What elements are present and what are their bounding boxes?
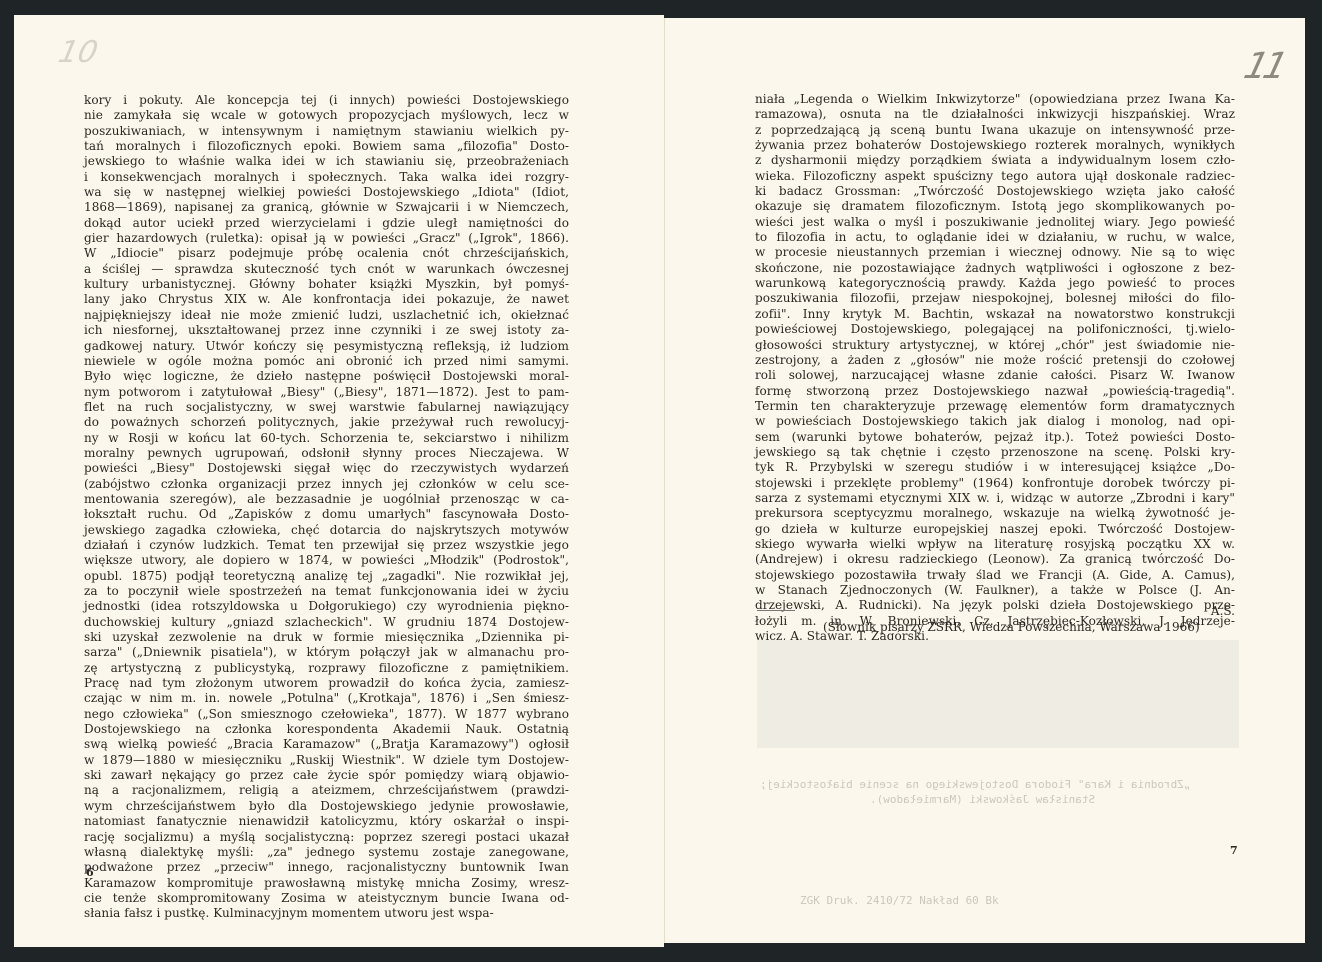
text-line: opubl. 1875) podjął teoretyczną analizę … — [84, 569, 569, 584]
text-line: kultury urbanistycznej. Główny bohater k… — [84, 277, 569, 292]
text-line: rację socjalizmu) a myślą socjalistyczną… — [84, 830, 569, 845]
text-line: prekursora sceptycyzmu moralnego, wskazu… — [755, 506, 1235, 521]
text-line: z dysharmonii między porządkiem świata a… — [755, 153, 1235, 168]
text-line: zofii". Inny krytyk M. Bachtin, wskazał … — [755, 307, 1235, 322]
text-line: a ściślej — sprawdza skuteczność tych cn… — [84, 262, 569, 277]
text-line: dokąd autor uciekł przed wierzycielami i… — [84, 216, 569, 231]
text-line: zestrojony, a żaden z „głosów" nie może … — [755, 353, 1235, 368]
text-line: tyk R. Przybylski w szeregu studiów i w … — [755, 460, 1235, 475]
page-number: 7 — [1230, 844, 1238, 857]
pencil-page-mark: 10 — [55, 35, 101, 70]
text-line: w procesie nieustannych przemian i wiecz… — [755, 245, 1235, 260]
text-line: sem (warunki bytowe bohaterów, pejzaż it… — [755, 430, 1235, 445]
text-line: flet na ruch socjalistyczny, w swej wars… — [84, 400, 569, 415]
text-line: 1868—1869), napisanej za granicą, główni… — [84, 200, 569, 215]
show-through-caption: Stanisław Jaśkowski (Marmieładow). — [870, 793, 1095, 806]
text-line: jednostki (idea rotszyldowska u Dołgoruk… — [84, 599, 569, 614]
text-line: nym potworom i zatytułował „Biesy" („Bie… — [84, 385, 569, 400]
text-line: Pracę nad tym złożonym utworem prowadził… — [84, 676, 569, 691]
source-citation: (Słownik pisarzy ZSRR, Wiedza Powszechna… — [823, 620, 1200, 634]
text-line: do poważnych schorzeń politycznych, jaki… — [84, 415, 569, 430]
pencil-page-mark: 11 — [1240, 46, 1288, 87]
text-line: czając w nim m. in. nowele „Potulna" („K… — [84, 691, 569, 706]
text-line: lany jako Chrystus XIX w. Ale konfrontac… — [84, 292, 569, 307]
text-line: formę stworzoną przez Dostojewskiego naz… — [755, 384, 1235, 399]
text-line: sarza" („Dniewnik pisatiela"), w którym … — [84, 645, 569, 660]
text-line: (Andrejew) i okresu radzieckiego (Leonow… — [755, 552, 1235, 567]
text-line: powieściowej Dostojewskiego, polegającej… — [755, 322, 1235, 337]
text-line: sarza z systemami etycznymi XIX w. i, wi… — [755, 491, 1235, 506]
text-line: jewskiego są tak chętnie i często przeno… — [755, 445, 1235, 460]
text-line: najpiękniejszy ideał nie może zmienić lu… — [84, 308, 569, 323]
text-line: swą wielką powieść „Bracia Karamazow" („… — [84, 737, 569, 752]
text-line: Termin ten charakteryzuje przewagę eleme… — [755, 399, 1235, 414]
text-line: ich niesfornej, ukształtowanej przez inn… — [84, 323, 569, 338]
left-page: 10 kory i pokuty. Ale koncepcja tej (i i… — [14, 15, 664, 947]
text-line: w 1879—1880 w miesięczniku „Ruskij Wiest… — [84, 753, 569, 768]
text-line: wym chrześcijaństwem było dla Dostojewsk… — [84, 799, 569, 814]
text-line: mentowania szeregów), ale bezzasadnie je… — [84, 492, 569, 507]
text-line: warunkową kategorycznością prawdy. Każda… — [755, 276, 1235, 291]
text-line: moralny pewnych ugrupowań, odsłonił słyn… — [84, 446, 569, 461]
text-line: ski uzyskał zezwolenie na druk w formie … — [84, 630, 569, 645]
text-line: gadkowej natury. Utwór kończy się pesymi… — [84, 339, 569, 354]
text-line: cie tenże skompromitowany Zosima w ateis… — [84, 891, 569, 906]
left-body-text: kory i pokuty. Ale koncepcja tej (i inny… — [84, 93, 569, 922]
author-signature: A.S. — [1211, 604, 1235, 618]
text-line: z poprzedzającą ją sceną buntu Iwana uka… — [755, 123, 1235, 138]
text-line: w powieściach Dostojewskiego takich jak … — [755, 414, 1235, 429]
text-line: gier hazardowych (ruletka): opisał ją w … — [84, 231, 569, 246]
text-line: natomiast fanatycznie nienawidził katoli… — [84, 814, 569, 829]
text-line: żywania przez bohaterów Dostojewskiego r… — [755, 138, 1235, 153]
text-line: poszukiwania filozofii, przejaw niespoko… — [755, 291, 1235, 306]
text-line: głosowości struktury artystycznej, w któ… — [755, 338, 1235, 353]
text-line: niewiele w ogóle można pomóc ani obronić… — [84, 354, 569, 369]
text-line: Dostojewskiego na członka korespondenta … — [84, 722, 569, 737]
text-line: w Stanach Zjednoczonych (W. Faulkner), a… — [755, 583, 1235, 598]
text-line: nie zamykała się wcale w gotowych propoz… — [84, 108, 569, 123]
text-line: tań moralnych i filozoficznych epoki. Bo… — [84, 139, 569, 154]
text-line: większe utwory, ale dopiero w 1874, w po… — [84, 553, 569, 568]
text-line: wieści jest walka o myśl i poszukiwanie … — [755, 215, 1235, 230]
text-line: Było więc logiczne, że dzieło następne p… — [84, 369, 569, 384]
text-line: słania fałsz i pustkę. Kulminacyjnym mom… — [84, 906, 569, 921]
text-line: niała „Legenda o Wielkim Inkwizytorze" (… — [755, 92, 1235, 107]
text-line: Karamazow kompromituje prawosławną misty… — [84, 876, 569, 891]
text-line: poszukiwaniach, w intensywnym i namiętny… — [84, 124, 569, 139]
text-line: skończone, nie pozostawiające żadnych wą… — [755, 261, 1235, 276]
text-line: powieści „Biesy" Dostojewski sięgał więc… — [84, 461, 569, 476]
text-line: okazuje się dramatem filozoficznym. Isto… — [755, 199, 1235, 214]
text-line: i konsekwencjach moralnych i społecznych… — [84, 170, 569, 185]
text-line: podważone przez „przeciw" innego, racjon… — [84, 860, 569, 875]
text-line: ki badacz Grossman: „Twórczość Dostojews… — [755, 184, 1235, 199]
text-line: go dzieła w kulturze europejskiej naszej… — [755, 522, 1235, 537]
text-line: ną a racjonalizmem, religią a ateizmem, … — [84, 783, 569, 798]
text-line: to filozofia in actu, to oglądanie idei … — [755, 230, 1235, 245]
text-line: działań i czynów ludzkich. Temat ten prz… — [84, 538, 569, 553]
text-line: za to poczynił wiele spostrzeżeń na tema… — [84, 584, 569, 599]
text-line: nego człowieka" („Son smiesznogo czełowi… — [84, 707, 569, 722]
text-line: stojewskiego pozostawiła trwały ślad we … — [755, 568, 1235, 583]
text-line: jewskiego zagadka człowieka, chęć dotarc… — [84, 523, 569, 538]
text-line: własną dialektykę myśli: „za" jednego sy… — [84, 845, 569, 860]
text-line: ski zawarł nękający go przez całe życie … — [84, 768, 569, 783]
right-body-text: niała „Legenda o Wielkim Inkwizytorze" (… — [755, 92, 1235, 644]
text-line: łokształt ruchu. Od „Zapisków z domu uma… — [84, 507, 569, 522]
show-through-footer: ZGK Druk. 2410/72 Nakład 60 Bk — [800, 894, 999, 907]
text-line: duchowskiej kultury „gniazd szlacheckich… — [84, 615, 569, 630]
page-number: 6 — [86, 866, 94, 879]
text-line: wieka. Filozoficzny aspekt spuścizny teg… — [755, 169, 1235, 184]
right-page: 11 niała „Legenda o Wielkim Inkwizytorze… — [664, 18, 1305, 943]
text-line: roli solowej, narzucającej własne zdanie… — [755, 368, 1235, 383]
text-line: W „Idiocie" pisarz podejmuje próbę ocale… — [84, 246, 569, 261]
text-line: stojewski i przeklęte problemy" (1964) k… — [755, 476, 1235, 491]
text-line: kory i pokuty. Ale koncepcja tej (i inny… — [84, 93, 569, 108]
text-line: zę artystyczną z publicystyką, rozprawy … — [84, 661, 569, 676]
divider-rule — [757, 610, 795, 611]
text-line: skiego wywarła wielki wpływ na literatur… — [755, 537, 1235, 552]
text-line: (zabójstwo członka organizacji przez inn… — [84, 477, 569, 492]
text-line: ny w Rosji w końcu lat 60-tych. Schorzen… — [84, 431, 569, 446]
text-line: ramazowa), osnuta na tle działalności in… — [755, 107, 1235, 122]
text-line: drzejewski, A. Rudnicki). Na język polsk… — [755, 598, 1235, 613]
text-line: jewskiego to właśnie walka idei w ich st… — [84, 154, 569, 169]
text-line: wa się w następnej wielkiej powieści Dos… — [84, 185, 569, 200]
faded-photo-area — [757, 640, 1239, 748]
show-through-caption: „Zbrodnia i Kara" Fiodora Dostojewskiego… — [760, 778, 1190, 791]
